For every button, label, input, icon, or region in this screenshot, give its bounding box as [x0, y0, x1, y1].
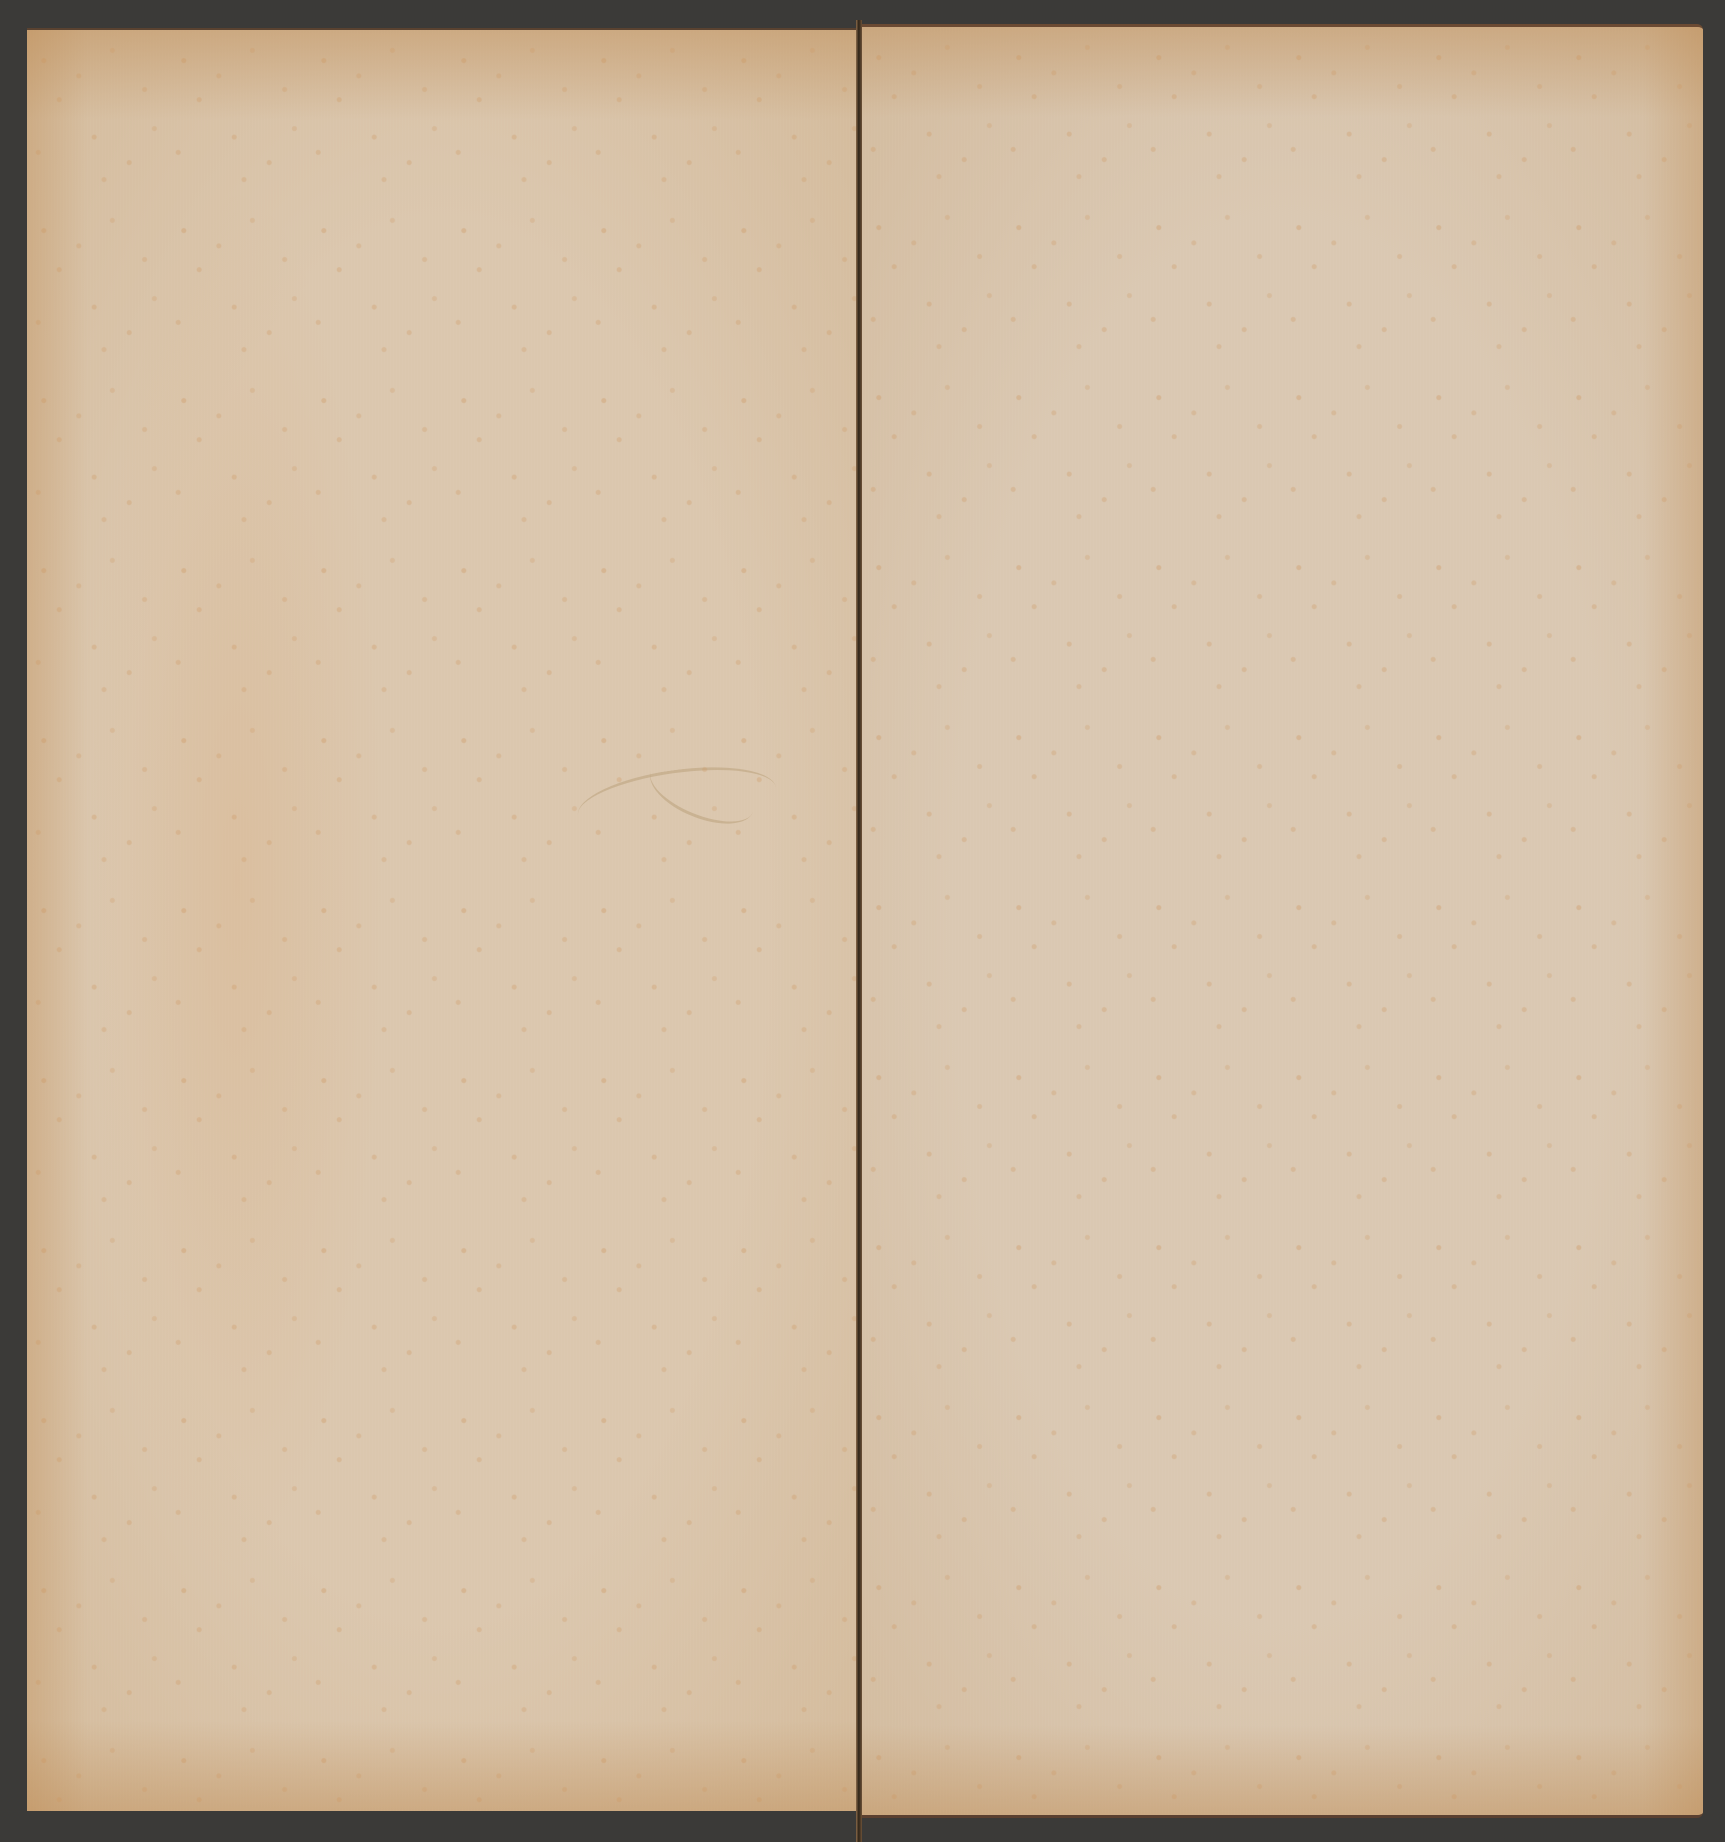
edge-discoloration-bottom [862, 1725, 1703, 1815]
left-page [27, 28, 856, 1811]
edge-discoloration-top [862, 27, 1703, 117]
right-page [862, 24, 1703, 1818]
edge-discoloration-left [27, 30, 87, 1811]
edge-discoloration-bottom [27, 1721, 856, 1811]
edge-discoloration-right [1643, 27, 1703, 1815]
scan-background [0, 0, 1725, 1842]
water-stain-mark [574, 756, 781, 846]
edge-discoloration-top [27, 30, 856, 120]
foxing-stain [87, 180, 387, 1580]
water-stain-mark-secondary [641, 746, 763, 836]
